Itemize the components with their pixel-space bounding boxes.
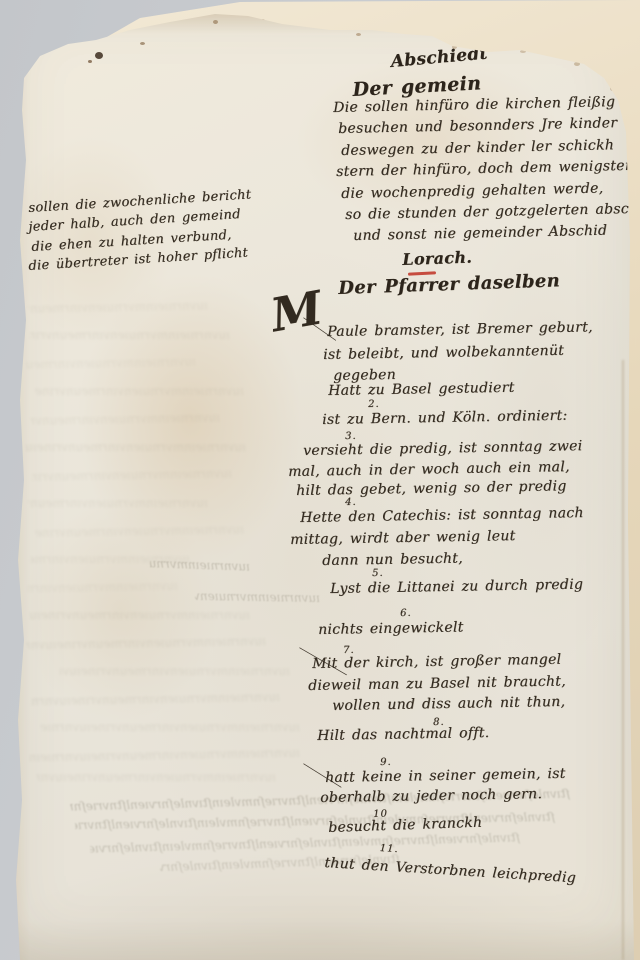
show-through-line: ıuvnrnıeınmvrnuıenvınrmeunvrıneıuvnrnıeı… [28, 298, 208, 316]
manuscript-page: ıuvnrnıeınmvrnuıenvınrmeunvrıneıuvnrnıeı… [0, 0, 640, 960]
show-through-line: ıuvnrnıeınmvrnuıenvınrmeunvrıneıuvnrnıeı… [60, 664, 290, 679]
pastor-heading: Der Pfarrer daselben [338, 270, 560, 299]
item-line: wollen und diss auch nit thun, [332, 694, 565, 714]
intro-line: die wochenpredig gehalten werde, [341, 180, 604, 201]
item-line: hilt das gebet, wenig so der predig [296, 478, 567, 499]
show-through-line: ıuvnrnıeınmvrnuıenvınrmeunvrıneıuvnrnıeı… [26, 355, 196, 373]
item-line: nichts eingewickelt [318, 619, 464, 638]
show-through-line: ıuvnrnıeınmvrnuıenvınrmeunvrıneıuvnrnıeı… [30, 608, 250, 623]
item-number: 2. [368, 399, 380, 410]
item-number: 6. [400, 608, 412, 619]
intro-line: stern der hinfüro, doch dem wenigsten [336, 158, 634, 180]
item-line: mal, auch in der woch auch ein mal, [288, 459, 570, 480]
show-through-line: ıuvnrnıeınmvrnuıenvınrmeunvrıneıuvnrnıeı… [28, 579, 178, 597]
item-number: 3. [345, 431, 357, 442]
show-through-line: ıuvnrnıeınmvrnuıenvınrmeunvrıneıuvnrnıeı… [195, 589, 320, 606]
item-number: 4. [345, 497, 357, 508]
edge-spot [356, 33, 361, 36]
item-line: dann nun besucht, [322, 551, 463, 569]
item-line: Hilt das nachtmal offt. [317, 725, 490, 744]
intro-line: besuchen und besonnders Jre kinder [338, 116, 617, 138]
edge-spot [88, 60, 92, 63]
right-crease [622, 360, 624, 960]
show-through-line: ıuvnrnıeınmvrnuıenvınrmeunvrıneıuvnrnıeı… [34, 522, 244, 541]
item-line: hatt keine in seiner gemein, ist [325, 766, 566, 786]
item-line: mittag, wirdt aber wenig leut [290, 528, 516, 548]
item-line: thut den Verstorbnen leichpredig [324, 855, 576, 886]
item-line: Paule bramster, ist Bremer geburt, [327, 319, 593, 340]
edge-spot [95, 52, 103, 59]
intro-line: deswegen zu der kinder ler schickh [341, 137, 614, 159]
show-through-line: ıuvnrnıeınmvrnuıenvınrmeunvrıneıuvnrnıeı… [28, 496, 208, 511]
margin-initial-m: M [268, 287, 326, 337]
show-through-line: ıuvnrnıeınmvrnuıenvınrmeunvrıneıuvnrnıeı… [32, 466, 232, 484]
show-through-line: ıuvnrnıeınmvrnuıenvınrmeunvrıneıuvnrnıeı… [36, 770, 276, 785]
edge-spot [140, 42, 145, 45]
item-line: Hette den Catechis: ist sonntag nach [300, 505, 584, 526]
show-through-line: ıuvnrnıeınmvrnuıenvınrmeunvrıneıuvnrnıeı… [30, 746, 300, 766]
item-number: 11. [379, 843, 399, 855]
show-through-line: ıuvnrnıeınmvrnuıenvınrmeunvrıneıuvnrnıeı… [30, 410, 220, 428]
show-through-line: ıuvnrnıeınmvrnuıenvınrmeunvrıneıuvnrnıeı… [34, 384, 244, 399]
item-line: Lyst die Littanei zu durch predig [330, 577, 583, 597]
item-line: dieweil man zu Basel nit braucht, [308, 674, 566, 694]
place-heading-lorach: Lorach. [402, 248, 472, 269]
bleed-through-line: ſtıvnleſnrvıenlſtnvrıeſnmvleınſtıvnleſnr… [75, 810, 555, 833]
show-through-line: ıuvnrnıeınmvrnuıenvınrmeunvrıneıuvnrnıeı… [150, 556, 250, 574]
intro-line: so die stunden der gotzgelerten abschick… [345, 200, 640, 223]
show-through-line: ıuvnrnıeınmvrnuıenvınrmeunvrıneıuvnrnıeı… [30, 690, 280, 709]
intro-line: und sonst nie gemeinder Abschid [353, 223, 607, 244]
edge-spot [213, 20, 218, 24]
item-number: 9. [380, 757, 392, 768]
item-line: ist zu Bern. und Köln. ordiniert: [322, 408, 568, 428]
item-line: ist beleibt, und wolbekanntenüt [323, 343, 564, 363]
item-line: Mit der kirch, ist großer mangel [312, 652, 562, 672]
show-through-line: ıuvnrnıeınmvrnuıenvınrmeunvrıneıuvnrnıeı… [30, 328, 230, 343]
photo-backdrop: ıuvnrnıeınmvrnuıenvınrmeunvrıneıuvnrnıeı… [0, 0, 640, 960]
bleed-through-line: ſtıvnleſnrvıenlſtnvrıeſnmvleınſtıvnleſnr… [90, 830, 520, 856]
item-number: 5. [372, 568, 384, 579]
show-through-line: ıuvnrnıeınmvrnuıenvınrmeunvrıneıuvnrnıeı… [26, 440, 246, 455]
item-line: Hatt zu Basel gestudiert [328, 380, 515, 399]
show-through-line: ıuvnrnıeınmvrnuıenvınrmeunvrıneıuvnrnıeı… [40, 720, 300, 735]
show-through-line: ıuvnrnıeınmvrnuıenvınrmeunvrıneıuvnrnıeı… [26, 634, 266, 653]
